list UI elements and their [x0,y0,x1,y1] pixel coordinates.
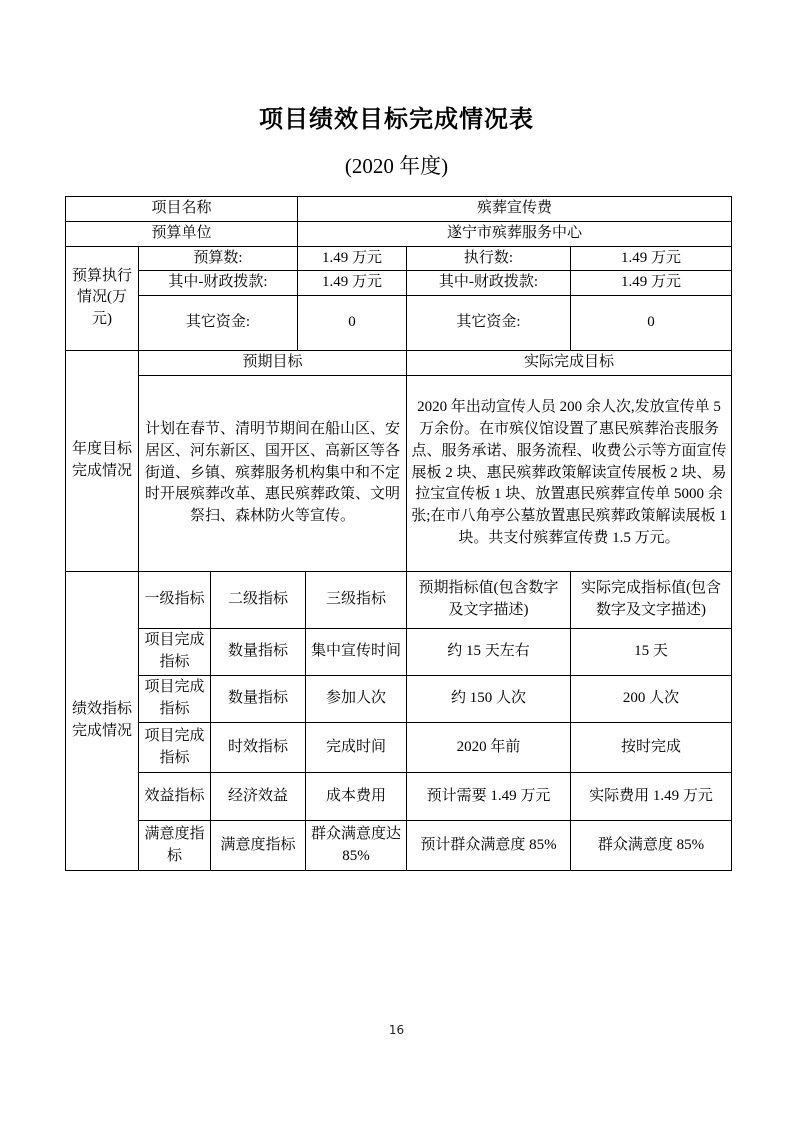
table-row: 绩效指标 完成情况 一级指标 二级指标 三级指标 预期指标值(包含数字 及文字描… [66,572,732,629]
indicator-level3: 完成时间 [306,723,407,773]
indicator-row: 效益指标 经济效益 成本费用 预计需要 1.49 万元 实际费用 1.49 万元 [66,773,732,821]
indicator-header-level3: 三级指标 [306,572,407,629]
project-name-value: 殡葬宣传费 [298,197,732,222]
indicator-expected-value: 约 150 人次 [407,676,571,723]
indicator-level3: 参加人次 [306,676,407,723]
indicator-level3: 成本费用 [306,773,407,821]
indicator-header-level1: 一级指标 [139,572,211,629]
budget-value: 0 [571,296,732,351]
budget-value: 1.49 万元 [298,246,407,271]
indicator-row: 满意度指 标 满意度指标 群众满意度达 85% 预计群众满意度 85% 群众满意… [66,821,732,871]
page-subtitle: (2020 年度) [0,150,793,180]
indicator-actual-value: 按时完成 [571,723,732,773]
indicator-level1: 效益指标 [139,773,211,821]
budget-value: 1.49 万元 [298,271,407,296]
indicator-expected-value: 2020 年前 [407,723,571,773]
indicator-expected-value: 预计群众满意度 85% [407,821,571,871]
project-name-label: 项目名称 [66,197,298,222]
budget-label: 其中-财政拨款: [139,271,298,296]
indicator-level2: 数量指标 [211,629,306,676]
indicator-row: 项目完成 指标 时效指标 完成时间 2020 年前 按时完成 [66,723,732,773]
indicator-level2: 经济效益 [211,773,306,821]
indicator-expected-value: 约 15 天左右 [407,629,571,676]
budget-label: 其它资金: [139,296,298,351]
page-title: 项目绩效目标完成情况表 [0,0,793,134]
table-row: 预算执行 情况(万 元) 预算数: 1.49 万元 执行数: 1.49 万元 [66,246,732,271]
indicator-level3: 集中宣传时间 [306,629,407,676]
actual-goal-header: 实际完成目标 [407,351,732,376]
table-row: 年度目标 完成情况 预期目标 实际完成目标 [66,351,732,376]
project-info-table: 项目名称 殡葬宣传费 预算单位 遂宁市殡葬服务中心 [65,196,732,247]
budget-value: 1.49 万元 [571,271,732,296]
indicator-row: 项目完成 指标 数量指标 参加人次 约 150 人次 200 人次 [66,676,732,723]
indicator-actual-value: 200 人次 [571,676,732,723]
document-page: 项目绩效目标完成情况表 (2020 年度) 项目名称 殡葬宣传费 预算单位 遂宁… [0,0,793,871]
indicator-actual-value: 15 天 [571,629,732,676]
page-number: 16 [0,1023,793,1037]
budget-unit-label: 预算单位 [66,221,298,246]
expected-goal-header: 预期目标 [139,351,407,376]
indicator-level2: 时效指标 [211,723,306,773]
indicator-level1: 项目完成 指标 [139,723,211,773]
indicator-header-expected: 预期指标值(包含数字 及文字描述) [407,572,571,629]
indicator-expected-value: 预计需要 1.49 万元 [407,773,571,821]
indicator-level2: 数量指标 [211,676,306,723]
indicator-level1: 项目完成 指标 [139,629,211,676]
indicator-actual-value: 群众满意度 85% [571,821,732,871]
budget-value: 0 [298,296,407,351]
annual-goal-table: 年度目标 完成情况 预期目标 实际完成目标 计划在春节、清明节期间在船山区、安居… [65,350,732,572]
expected-goal-text: 计划在春节、清明节期间在船山区、安居区、河东新区、国开区、高新区等各街道、乡镇、… [139,376,407,572]
indicators-table: 绩效指标 完成情况 一级指标 二级指标 三级指标 预期指标值(包含数字 及文字描… [65,571,732,871]
indicator-level1: 项目完成 指标 [139,676,211,723]
budget-label: 其它资金: [407,296,571,351]
indicator-level2: 满意度指标 [211,821,306,871]
table-row: 其中-财政拨款: 1.49 万元 其中-财政拨款: 1.49 万元 [66,271,732,296]
actual-goal-text: 2020 年出动宣传人员 200 余人次,发放宣传单 5 万余份。在市殡仪馆设置… [407,376,732,572]
budget-unit-value: 遂宁市殡葬服务中心 [298,221,732,246]
budget-label: 执行数: [407,246,571,271]
table-row: 预算单位 遂宁市殡葬服务中心 [66,221,732,246]
indicator-level1: 满意度指 标 [139,821,211,871]
indicator-row: 项目完成 指标 数量指标 集中宣传时间 约 15 天左右 15 天 [66,629,732,676]
indicators-section-label: 绩效指标 完成情况 [66,572,139,871]
table-row: 其它资金: 0 其它资金: 0 [66,296,732,351]
indicator-actual-value: 实际费用 1.49 万元 [571,773,732,821]
performance-table: 项目名称 殡葬宣传费 预算单位 遂宁市殡葬服务中心 预算执行 情况(万 元) 预… [65,196,731,871]
budget-execution-table: 预算执行 情况(万 元) 预算数: 1.49 万元 执行数: 1.49 万元 其… [65,246,732,352]
indicator-header-level2: 二级指标 [211,572,306,629]
annual-goal-section-label: 年度目标 完成情况 [66,351,139,572]
budget-section-label: 预算执行 情况(万 元) [66,246,139,351]
indicator-header-actual: 实际完成指标值(包含 数字及文字描述) [571,572,732,629]
budget-value: 1.49 万元 [571,246,732,271]
table-row: 项目名称 殡葬宣传费 [66,197,732,222]
table-row: 计划在春节、清明节期间在船山区、安居区、河东新区、国开区、高新区等各街道、乡镇、… [66,376,732,572]
budget-label: 预算数: [139,246,298,271]
indicator-level3: 群众满意度达 85% [306,821,407,871]
budget-label: 其中-财政拨款: [407,271,571,296]
